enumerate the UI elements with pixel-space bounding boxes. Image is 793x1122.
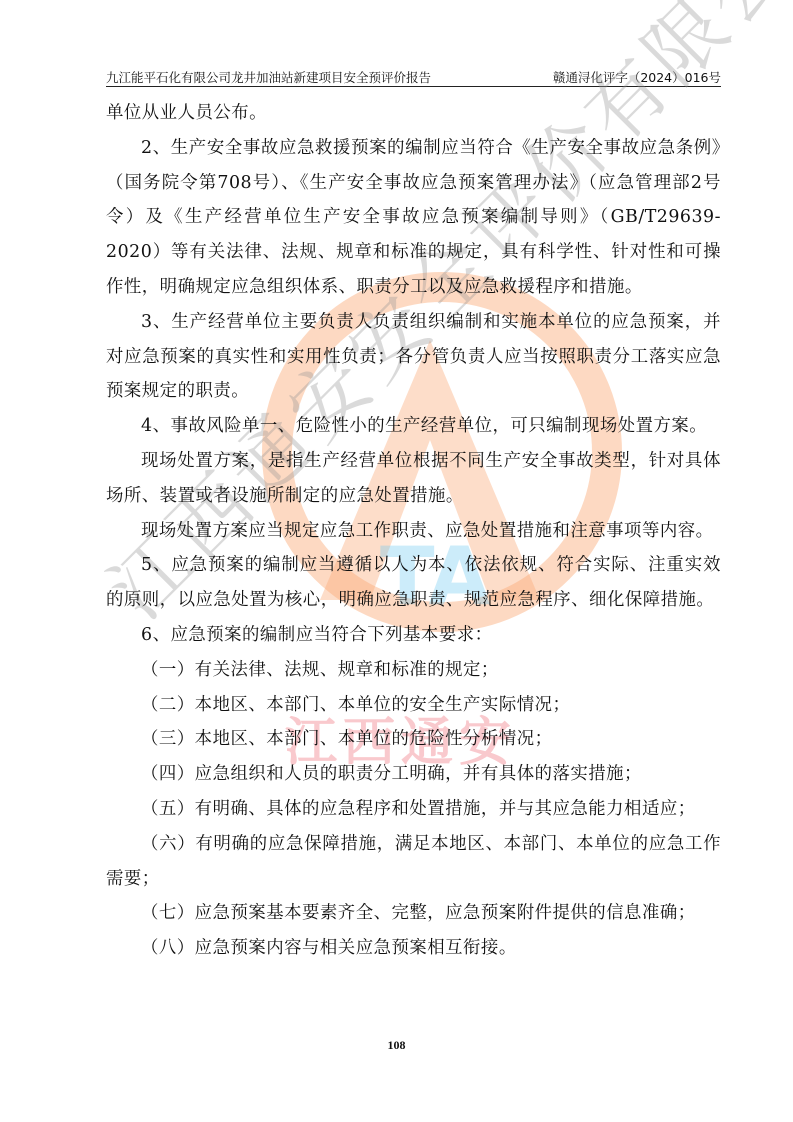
paragraph-item-3: 3、生产经营单位主要负责人负责组织编制和实施本单位的应急预案，并对应急预案的真实…	[106, 305, 721, 409]
paragraph-onsite-plan-definition: 现场处置方案，是指生产经营单位根据不同生产安全事故类型，针对具体场所、装置或者设…	[106, 444, 721, 514]
paragraph-continuation: 单位从业人员公布。	[106, 96, 721, 131]
paragraph-item-5: 5、应急预案的编制应当遵循以人为本、依法依规、符合实际、注重实效的原则，以应急处…	[106, 548, 721, 618]
paragraph-item-2: 2、生产安全事故应急救援预案的编制应当符合《生产安全事故应急条例》（国务院令第7…	[106, 131, 721, 305]
requirement-4: （四）应急组织和人员的职责分工明确，并有具体的落实措施；	[106, 757, 721, 792]
requirement-2: （二）本地区、本部门、本单位的安全生产实际情况；	[106, 688, 721, 723]
requirement-3: （三）本地区、本部门、本单位的危险性分析情况；	[106, 722, 721, 757]
paragraph-item-4: 4、事故风险单一、危险性小的生产经营单位，可只编制现场处置方案。	[106, 409, 721, 444]
requirement-5: （五）有明确、具体的应急程序和处置措施，并与其应急能力相适应；	[106, 792, 721, 827]
page-number: 108	[0, 1038, 793, 1053]
paragraph-onsite-plan-content: 现场处置方案应当规定应急工作职责、应急处置措施和注意事项等内容。	[106, 514, 721, 549]
header-report-title: 九江能平石化有限公司龙井加油站新建项目安全预评价报告	[106, 68, 431, 86]
paragraph-item-6: 6、应急预案的编制应当符合下列基本要求：	[106, 618, 721, 653]
document-page: 九江能平石化有限公司龙井加油站新建项目安全预评价报告 赣通浔化评字（2024）0…	[0, 0, 793, 1122]
requirement-6: （六）有明确的应急保障措施，满足本地区、本部门、本单位的应急工作需要；	[106, 827, 721, 897]
requirement-7: （七）应急预案基本要素齐全、完整，应急预案附件提供的信息准确；	[106, 896, 721, 931]
document-body: 单位从业人员公布。 2、生产安全事故应急救援预案的编制应当符合《生产安全事故应急…	[106, 96, 721, 966]
requirement-1: （一）有关法律、法规、规章和标准的规定；	[106, 653, 721, 688]
requirement-8: （八）应急预案内容与相关应急预案相互衔接。	[106, 931, 721, 966]
running-header: 九江能平石化有限公司龙井加油站新建项目安全预评价报告 赣通浔化评字（2024）0…	[106, 66, 721, 87]
header-document-number: 赣通浔化评字（2024）016号	[553, 68, 721, 86]
